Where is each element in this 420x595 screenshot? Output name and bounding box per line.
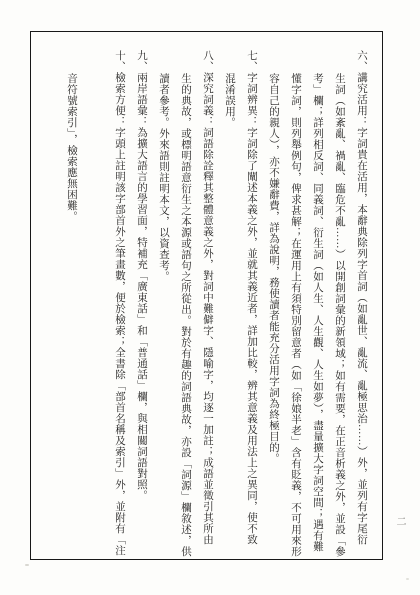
- text-column-item8-line1: 八、深究詞義：詞語除詮釋其整體意義之外，對詞中難僻字、隱喻字，均逐一加註；成語並…: [201, 50, 214, 545]
- text-column-item7-line2: 混淆誤用。: [223, 73, 236, 128]
- text-column-item10-line2: 音符號索引」，檢索應無困難。: [65, 73, 78, 222]
- text-column-item6-line4: 懂字詞，則列舉例句，俾求甚解；在運用上有須特別留意者（如「徐娘半老」含有貶義，不…: [289, 73, 302, 557]
- book-page: 六、講究活用：字詞貴在活用，本辭典除列字首詞（如亂世、亂流、亂極思治……）外，並…: [0, 0, 420, 595]
- text-column-item6-line5: 容自己的親人），亦不嫌辭費，詳為說明，務使讀者能充分活用字詞為終極目的。: [267, 73, 280, 464]
- page-number: 二: [392, 516, 407, 527]
- scan-speck: [406, 578, 409, 580]
- text-column-item9-line1: 九、兩岸語彙：為擴大語言的學習面，特補充「廣東話」和「普通話」欄，與相關詞語對照…: [135, 50, 148, 501]
- text-column-item7-line1: 七、字詞辨異：字詞除了闡述本義之外，並就其義近者，詳加比較，辨其意義及用法上之異…: [245, 50, 258, 545]
- text-column-item8-line3: 讀者參考。外來語則註明本文，以資查考。: [157, 73, 170, 282]
- text-column-item10-line1: 十、檢索方便：字頭上註明該字部首外之筆畫數，便於檢索；全書除「部首名稱及索引」外…: [113, 50, 126, 556]
- text-column-item6-line1: 六、講究活用：字詞貴在活用，本辭典除列字首詞（如亂世、亂流、亂極思治……）外，並…: [355, 50, 368, 545]
- scan-speck: [25, 564, 29, 566]
- text-column-item8-line2: 生的典故，或標明語意衍生之本源或語句之所從出。對於有趣的詞語典故，亦設「詞源」欄…: [179, 73, 192, 557]
- text-column-item6-line3: 考」欄；詳列相反詞、同義詞、衍生詞（如人生、人生觀、人生如夢），盡量擴大字詞空間…: [311, 73, 324, 552]
- text-column-item6-line2: 生詞（如紊亂、禍亂、臨危不亂……）以開創詞彙的新領域；如有需要，在正音析義之外，…: [333, 73, 346, 557]
